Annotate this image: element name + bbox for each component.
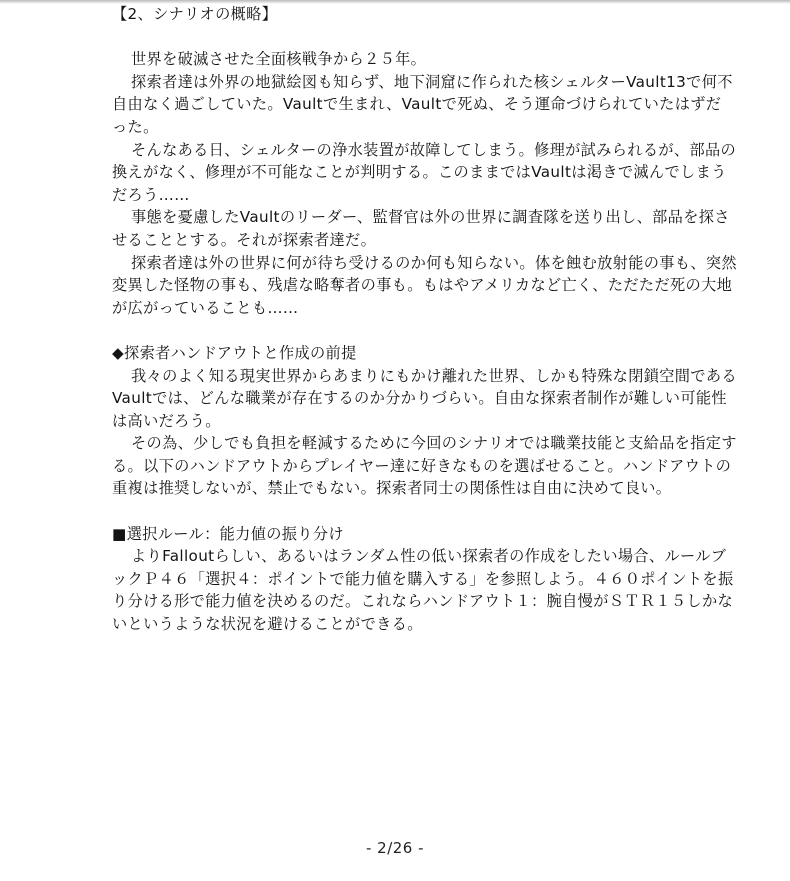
text-line: 探索者達は外界の地獄絵図も知らず、地下洞窟に作られた核シェルターVault13で… xyxy=(112,71,680,94)
handout-section-title: ◆探索者ハンドアウトと作成の前提 xyxy=(112,342,680,365)
text-line: 変異した怪物の事も、残虐な略奪者の事も。もはやアメリカなど亡く、ただただ死の大地 xyxy=(112,274,680,297)
handout-paragraph-2: その為、少しでも負担を軽減するために今回のシナリオでは職業技能と支給品を指定す … xyxy=(112,432,680,500)
text-line: 換えがなく、修理が不可能なことが判明する。このままではVaultは渇きで滅んでし… xyxy=(112,161,680,184)
text-line: り分ける形で能力値を決めるのだ。これならハンドアウト１：腕自慢がＳＴＲ１５しかな xyxy=(112,590,680,613)
rule-section-title: ■選択ルール：能力値の振り分け xyxy=(112,523,680,546)
blank-line xyxy=(112,26,680,49)
text-line: Vaultでは、どんな職業が存在するのか分かりづらい。自由な探索者制作が難しい可… xyxy=(112,387,680,410)
blank-line xyxy=(112,319,680,342)
text-line: 世界を破滅させた全面核戦争から２５年。 xyxy=(112,48,680,71)
overview-paragraph-2: 探索者達は外界の地獄絵図も知らず、地下洞窟に作られた核シェルターVault13で… xyxy=(112,71,680,139)
blank-line xyxy=(112,500,680,523)
overview-paragraph-5: 探索者達は外の世界に何が待ち受けるのか何も知らない。体を蝕む放射能の事も、突然 … xyxy=(112,252,680,320)
text-line: その為、少しでも負担を軽減するために今回のシナリオでは職業技能と支給品を指定す xyxy=(112,432,680,455)
page-number: - 2/26 - xyxy=(0,839,790,857)
text-line: った。 xyxy=(112,116,680,139)
text-line: ックＰ４６「選択４：ポイントで能力値を購入する」を参照しよう。４６０ポイントを振 xyxy=(112,568,680,591)
text-line: だろう…… xyxy=(112,184,680,207)
text-line: は高いだろう。 xyxy=(112,410,680,433)
text-line: そんなある日、シェルターの浄水装置が故障してしまう。修理が試みられるが、部品の xyxy=(112,139,680,162)
text-line: る。以下のハンドアウトからプレイヤー達に好きなものを選ばせること。ハンドアウトの xyxy=(112,455,680,478)
document-page: 【2、シナリオの概略】 世界を破滅させた全面核戦争から２５年。 探索者達は外界の… xyxy=(112,3,680,636)
text-line: よりFalloutらしい、あるいはランダム性の低い探索者の作成をしたい場合、ルー… xyxy=(112,545,680,568)
section-title: 【2、シナリオの概略】 xyxy=(112,3,680,26)
text-line: 我々のよく知る現実世界からあまりにもかけ離れた世界、しかも特殊な閉鎖空間である xyxy=(112,365,680,388)
text-line: 重複は推奨しないが、禁止でもない。探索者同士の関係性は自由に決めて良い。 xyxy=(112,477,680,500)
handout-paragraph-1: 我々のよく知る現実世界からあまりにもかけ離れた世界、しかも特殊な閉鎖空間である … xyxy=(112,365,680,433)
text-line: が広がっていることも…… xyxy=(112,297,680,320)
overview-paragraph-3: そんなある日、シェルターの浄水装置が故障してしまう。修理が試みられるが、部品の … xyxy=(112,139,680,207)
rule-paragraph-1: よりFalloutらしい、あるいはランダム性の低い探索者の作成をしたい場合、ルー… xyxy=(112,545,680,635)
text-line: 事態を憂慮したVaultのリーダー、監督官は外の世界に調査隊を送り出し、部品を探… xyxy=(112,206,680,229)
text-line: せることとする。それが探索者達だ。 xyxy=(112,229,680,252)
overview-paragraph-1: 世界を破滅させた全面核戦争から２５年。 xyxy=(112,48,680,71)
text-line: いというような状況を避けることができる。 xyxy=(112,613,680,636)
text-line: 探索者達は外の世界に何が待ち受けるのか何も知らない。体を蝕む放射能の事も、突然 xyxy=(112,252,680,275)
text-line: 自由なく過ごしていた。Vaultで生まれ、Vaultで死ぬ、そう運命づけられてい… xyxy=(112,93,680,116)
overview-paragraph-4: 事態を憂慮したVaultのリーダー、監督官は外の世界に調査隊を送り出し、部品を探… xyxy=(112,206,680,251)
